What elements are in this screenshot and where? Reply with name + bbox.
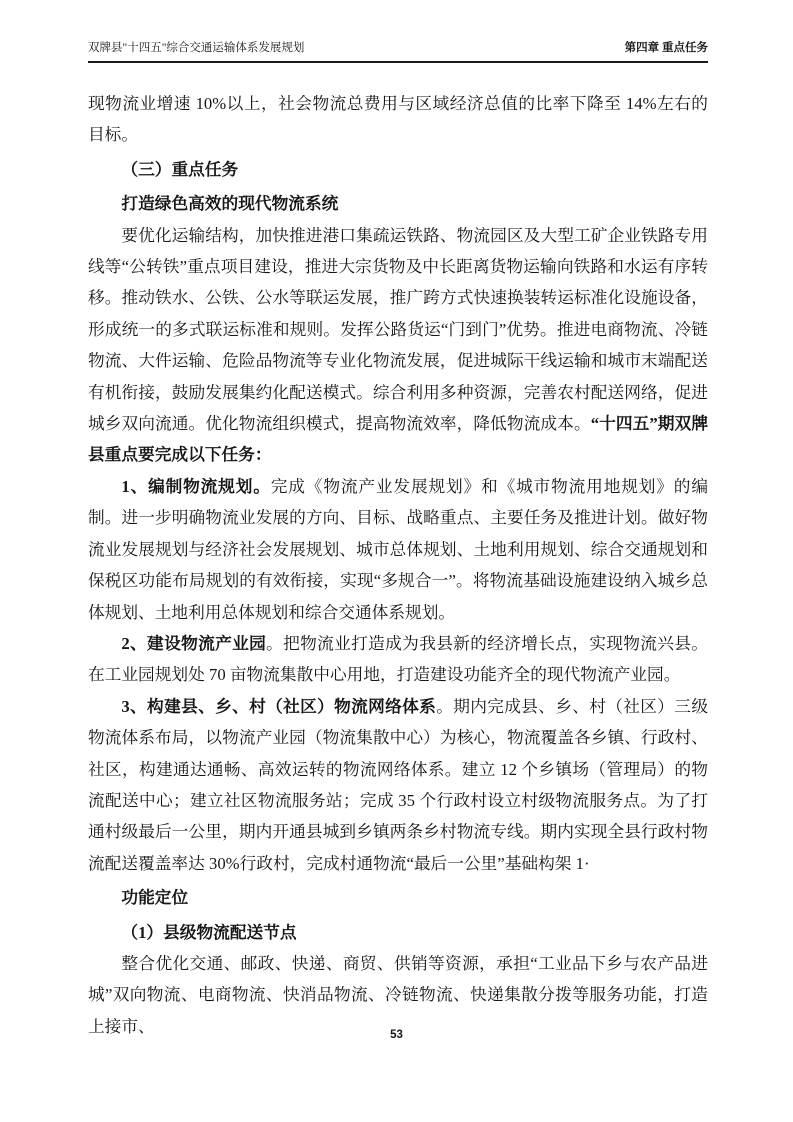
section-heading: （1）县级物流配送节点 [88, 917, 708, 948]
section-heading: 打造绿色高效的现代物流系统 [88, 188, 708, 219]
header-chapter-title: 第四章 重点任务 [625, 42, 708, 55]
text-run: 功能定位 [121, 888, 188, 907]
text-run: 现物流业增速 10%以上，社会物流总费用与区域经济总值的比率下降至 14%左右的… [88, 94, 708, 144]
paragraph: 1、编制物流规划。完成《物流产业发展规划》和《城市物流用地规划》的编制。进一步明… [88, 471, 708, 628]
page-footer: 53 [0, 1029, 793, 1041]
text-run: （三）重点任务 [121, 160, 238, 179]
document-page: 双牌县"十四五"综合交通运输体系发展规划 第四章 重点任务 现物流业增速 10%… [0, 0, 793, 1122]
text-run: 2、建设物流产业园 [121, 634, 266, 653]
text-run: 。期内完成县、乡、村（社区）三级物流体系布局，以物流产业园（物流集散中心）为核心… [88, 697, 708, 873]
section-heading: 功能定位 [88, 882, 708, 913]
text-run: 整合优化交通、邮政、快递、商贸、供销等资源，承担“工业品下乡与农产品进城”双向物… [88, 954, 708, 1036]
text-run: 打造绿色高效的现代物流系统 [121, 194, 338, 213]
page-header: 双牌县"十四五"综合交通运输体系发展规划 第四章 重点任务 [88, 42, 708, 63]
document-content: 现物流业增速 10%以上，社会物流总费用与区域经济总值的比率下降至 14%左右的… [88, 88, 708, 1042]
paragraph: 要优化运输结构，加快推进港口集疏运铁路、物流园区及大型工矿企业铁路专用线等“公转… [88, 220, 708, 471]
header-document-title: 双牌县"十四五"综合交通运输体系发展规划 [88, 42, 304, 55]
paragraph: 3、构建县、乡、村（社区）物流网络体系。期内完成县、乡、村（社区）三级物流体系布… [88, 691, 708, 879]
text-run: （1）县级物流配送节点 [121, 923, 296, 942]
text-run: 要优化运输结构，加快推进港口集疏运铁路、物流园区及大型工矿企业铁路专用线等“公转… [88, 226, 708, 433]
paragraph: 现物流业增速 10%以上，社会物流总费用与区域经济总值的比率下降至 14%左右的… [88, 88, 708, 151]
page-number: 53 [390, 1029, 403, 1041]
text-run: 3、构建县、乡、村（社区）物流网络体系 [121, 697, 436, 716]
text-run: 完成《物流产业发展规划》和《城市物流用地规划》的编制。进一步明确物流业发展的方向… [88, 477, 708, 622]
paragraph: 2、建设物流产业园。把物流业打造成为我县新的经济增长点，实现物流兴县。在工业园规… [88, 628, 708, 691]
text-run: 1、编制物流规划。 [121, 477, 270, 496]
section-heading: （三）重点任务 [88, 154, 708, 185]
